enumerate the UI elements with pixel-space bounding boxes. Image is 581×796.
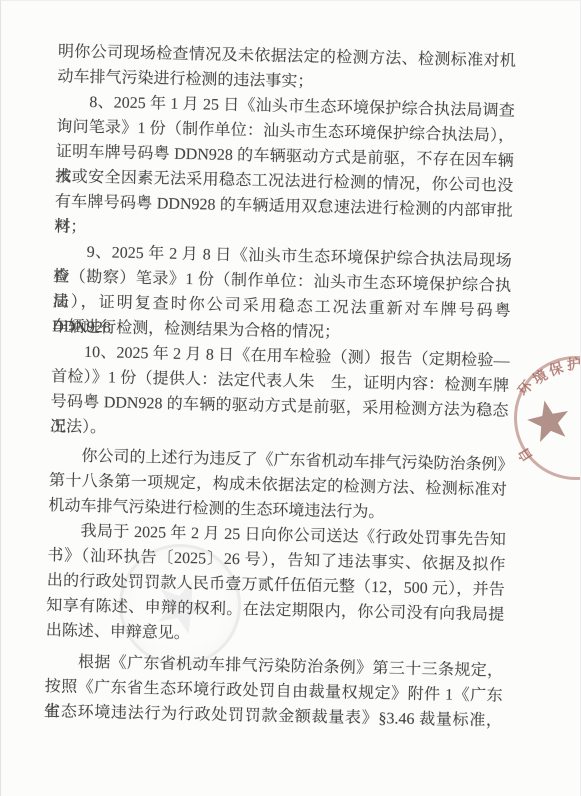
seal-arc-char: 保	[546, 357, 565, 380]
official-seal-stamp: 环 境 保 护 自	[514, 356, 581, 480]
seal-arc-char: 护	[566, 353, 581, 374]
paragraph-evidence-10: 10、2025 年 2 月 8 日《在用车检验（测）报告（定期检验— 首检）》1…	[50, 339, 510, 449]
document-body: 明你公司现场检查情况及未依据法定的检测方法、检测标准对机 动车排气污染进行检测的…	[44, 39, 516, 733]
seal-star-icon	[523, 396, 575, 448]
paragraph-legal-basis: 根据《广东省机动车排气污染防治条例》第三十三条规定， 按照《广东省生态环境行政处…	[44, 649, 503, 734]
paragraph-evidence-8: 8、2025 年 1 月 25 日《汕头市生态环境保护综合执法局调查 询问笔录》…	[54, 89, 515, 249]
document-page: 明你公司现场检查情况及未依据法定的检测方法、检测标准对机 动车排气污染进行检测的…	[0, 0, 581, 796]
paragraph-evidence-9: 9、2025 年 2 月 8 日《汕头市生态环境保护综合执法局现场检 查（勘察）…	[52, 239, 512, 349]
paragraph-violation: 你公司的上述行为违反了《广东省机动车排气污染防治条例》 第十八条第一项规定，构成…	[48, 443, 507, 528]
paragraph-prior-notice: 我局于 2025 年 2 月 25 日向你公司送达《行政处罚事先告知 书》（汕环…	[46, 518, 507, 653]
